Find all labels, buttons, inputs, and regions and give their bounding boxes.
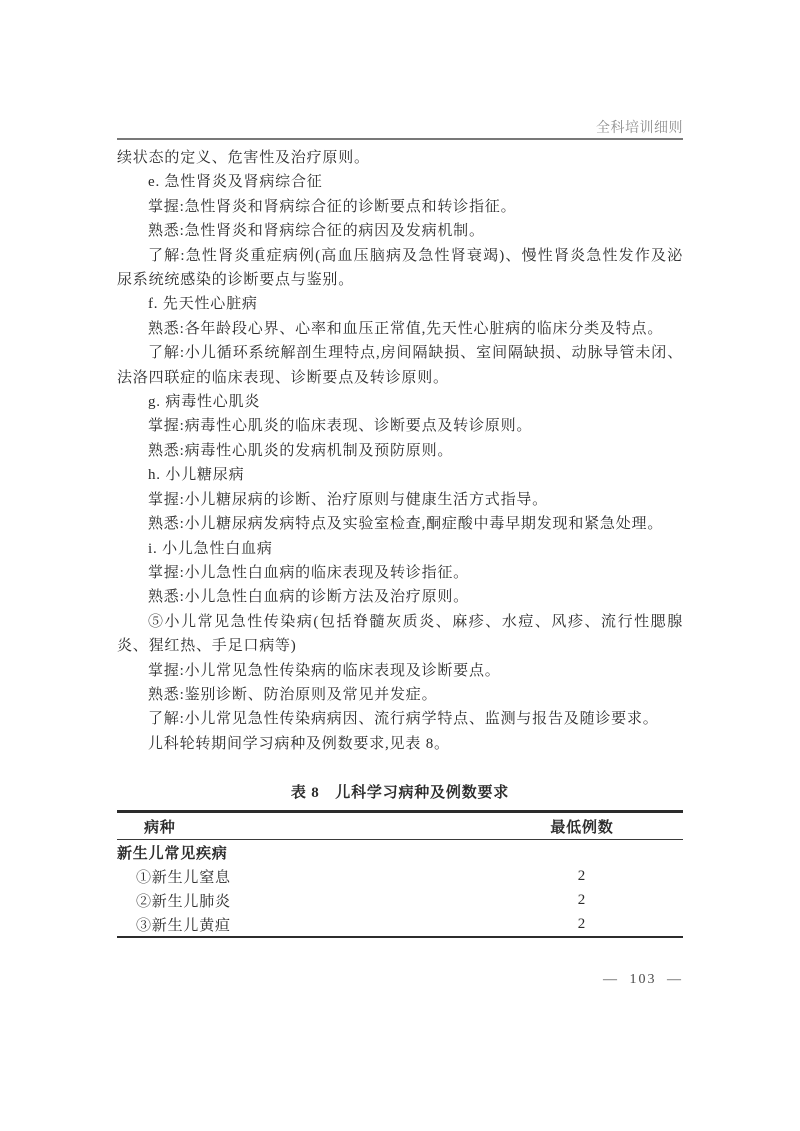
min-cases-value [481, 840, 683, 865]
paragraph: 儿科轮转期间学习病种及例数要求,见表 8。 [117, 732, 683, 756]
paragraph: ⑤小儿常见急性传染病(包括脊髓灰质炎、麻疹、水痘、风疹、流行性腮腺炎、猩红热、手… [117, 610, 683, 659]
table-row: ③新生儿黄疸 2 [117, 912, 683, 937]
table-header-row: 病种 最低例数 [117, 812, 683, 840]
paragraph: 了解:急性肾炎重症病例(高血压脑病及急性肾衰竭)、慢性肾炎急性发作及泌尿系统统感… [117, 244, 683, 293]
min-cases-value: 2 [481, 912, 683, 937]
disease-name: ③新生儿黄疸 [117, 912, 481, 937]
paragraph: 熟悉:小儿急性白血病的诊断方法及治疗原则。 [117, 585, 683, 609]
paragraph: 熟悉:病毒性心肌炎的发病机制及预防原则。 [117, 439, 683, 463]
table-row: ①新生儿窒息 2 [117, 864, 683, 888]
paragraph: 掌握:小儿常见急性传染病的临床表现及诊断要点。 [117, 659, 683, 683]
disease-name: ②新生儿肺炎 [117, 888, 481, 912]
column-header-min-cases: 最低例数 [481, 812, 683, 840]
table-block: 表 8 儿科学习病种及例数要求 病种 最低例数 新生儿常见疾病 ①新生儿窒息 2 [117, 784, 683, 938]
paragraph: 了解:小儿循环系统解剖生理特点,房间隔缺损、室间隔缺损、动脉导管未闭、法洛四联症… [117, 341, 683, 390]
disease-table: 病种 最低例数 新生儿常见疾病 ①新生儿窒息 2 ②新生儿肺炎 2 [117, 810, 683, 938]
paragraph: 续状态的定义、危害性及治疗原则。 [117, 146, 683, 170]
paragraph: i. 小儿急性白血病 [117, 537, 683, 561]
disease-category: 新生儿常见疾病 [117, 840, 481, 865]
paragraph: 熟悉:急性肾炎和肾病综合征的病因及发病机制。 [117, 219, 683, 243]
paragraph: 熟悉:鉴别诊断、防治原则及常见并发症。 [117, 683, 683, 707]
min-cases-value: 2 [481, 888, 683, 912]
paragraph: g. 病毒性心肌炎 [117, 390, 683, 414]
paragraph: 了解:小儿常见急性传染病病因、流行病学特点、监测与报告及随诊要求。 [117, 707, 683, 731]
paragraph: 掌握:小儿糖尿病的诊断、治疗原则与健康生活方式指导。 [117, 488, 683, 512]
paragraph: h. 小儿糖尿病 [117, 463, 683, 487]
table-row: ②新生儿肺炎 2 [117, 888, 683, 912]
paragraph: 熟悉:小儿糖尿病发病特点及实验室检查,酮症酸中毒早期发现和紧急处理。 [117, 512, 683, 536]
page-number: — 103 — [603, 972, 683, 988]
paragraph: f. 先天性心脏病 [117, 292, 683, 316]
table-row: 新生儿常见疾病 [117, 840, 683, 865]
paragraph: 掌握:急性肾炎和肾病综合征的诊断要点和转诊指征。 [117, 195, 683, 219]
paragraph: 掌握:小儿急性白血病的临床表现及转诊指征。 [117, 561, 683, 585]
body-text: 续状态的定义、危害性及治疗原则。 e. 急性肾炎及肾病综合征 掌握:急性肾炎和肾… [117, 146, 683, 756]
column-header-disease: 病种 [117, 812, 481, 840]
paragraph: 熟悉:各年龄段心界、心率和血压正常值,先天性心脏病的临床分类及特点。 [117, 317, 683, 341]
document-page: 全科培训细则 续状态的定义、危害性及治疗原则。 e. 急性肾炎及肾病综合征 掌握… [0, 0, 800, 1131]
paragraph: e. 急性肾炎及肾病综合征 [117, 170, 683, 194]
min-cases-value: 2 [481, 864, 683, 888]
running-head: 全科培训细则 [596, 117, 683, 137]
header-rule [117, 138, 683, 140]
paragraph: 掌握:病毒性心肌炎的临床表现、诊断要点及转诊原则。 [117, 414, 683, 438]
table-title: 表 8 儿科学习病种及例数要求 [117, 784, 683, 802]
disease-name: ①新生儿窒息 [117, 864, 481, 888]
